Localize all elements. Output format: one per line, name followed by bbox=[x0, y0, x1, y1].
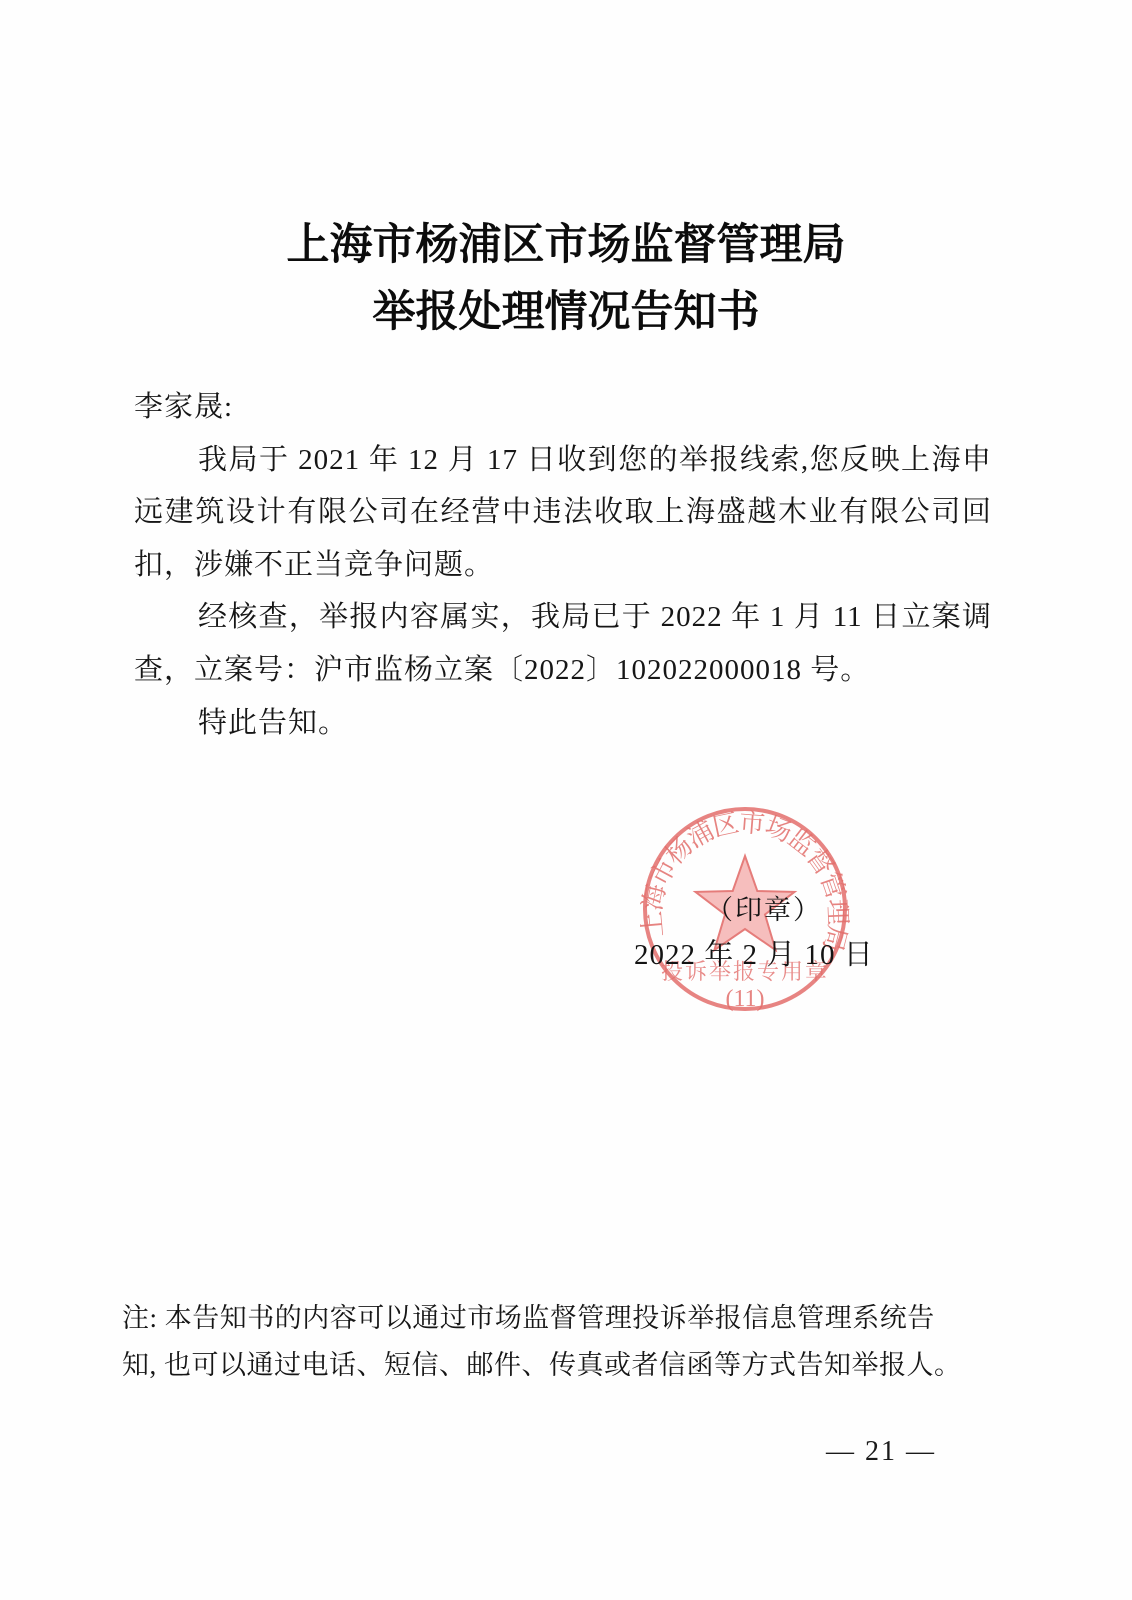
seal-overlay-label: （印章） bbox=[706, 888, 822, 927]
seal-number: (11) bbox=[725, 986, 764, 1012]
footer-note: 注: 本告知书的内容可以通过市场监督管理投诉举报信息管理系统告 知, 也可以通过… bbox=[122, 1295, 932, 1388]
note-line-1: 注: 本告知书的内容可以通过市场监督管理投诉举报信息管理系统告 bbox=[122, 1295, 932, 1342]
paragraph1-line2: 远建筑设计有限公司在经营中违法收取上海盛越木业有限公司回 bbox=[134, 486, 992, 539]
paragraph1-line3: 扣，涉嫌不正当竞争问题。 bbox=[134, 539, 992, 592]
note-line-2: 知, 也可以通过电话、短信、邮件、传真或者信函等方式告知举报人。 bbox=[122, 1342, 932, 1389]
seal-overlay-date: 2022 年 2 月 10 日 bbox=[634, 932, 874, 973]
paragraph2-line1: 经核查，举报内容属实，我局已于 2022 年 1 月 11 日立案调 bbox=[134, 591, 992, 644]
paragraph1-line1: 我局于 2021 年 12 月 17 日收到您的举报线索,您反映上海申 bbox=[134, 434, 992, 487]
paragraph2-line2: 查，立案号：沪市监杨立案〔2022〕102022000018 号。 bbox=[134, 644, 992, 697]
title-line-2: 举报处理情况告知书 bbox=[0, 279, 1132, 346]
document-body: 李家晟: 我局于 2021 年 12 月 17 日收到您的举报线索,您反映上海申… bbox=[134, 381, 992, 749]
page-number: — 21 — bbox=[826, 1436, 936, 1468]
document-page: 上海市杨浦区市场监督管理局 举报处理情况告知书 李家晟: 我局于 2021 年 … bbox=[0, 0, 1132, 1600]
paragraph3: 特此告知。 bbox=[134, 697, 992, 750]
document-title: 上海市杨浦区市场监督管理局 举报处理情况告知书 bbox=[0, 212, 1132, 346]
title-line-1: 上海市杨浦区市场监督管理局 bbox=[0, 212, 1132, 279]
salutation: 李家晟: bbox=[134, 381, 992, 434]
